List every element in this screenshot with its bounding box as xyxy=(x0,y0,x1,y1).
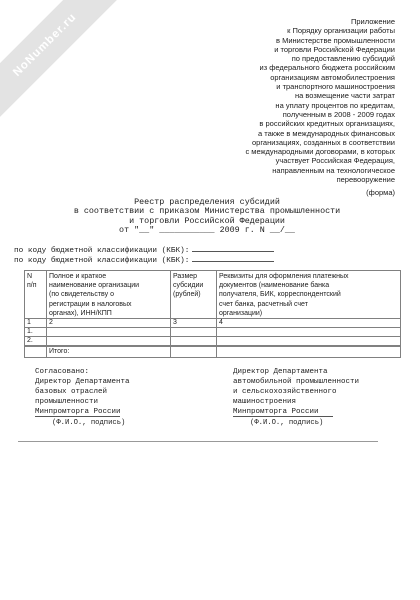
subsidy-size-cell xyxy=(171,337,217,346)
payment-details-cell xyxy=(217,328,401,337)
col-index-4: 4 xyxy=(217,319,401,328)
col-index-2: 2 xyxy=(47,319,171,328)
subsidy-size-cell xyxy=(171,328,217,337)
appendix-header-lines: Приложение к Порядку организации работы … xyxy=(245,17,395,184)
total-details-cell xyxy=(217,347,401,358)
kbk-line-2: по коду бюджетной классификации (КБК): xyxy=(14,254,274,264)
table-header-num: N п/п xyxy=(25,271,47,319)
watermark-text: NoNumber.ru xyxy=(11,11,79,79)
kbk-blank-line-2 xyxy=(192,254,274,262)
watermark-ribbon: NoNumber.ru xyxy=(0,0,117,117)
bottom-divider xyxy=(18,441,378,442)
table-header-subsidy-size: Размер субсидии (рублей) xyxy=(171,271,217,319)
table-row: 1. xyxy=(25,328,401,337)
table-header-row: N п/п Полное и краткое наименование орга… xyxy=(25,271,401,319)
payment-details-cell xyxy=(217,337,401,346)
document-title: Реестр распределения субсидий в соответс… xyxy=(0,198,414,236)
col-index-3: 3 xyxy=(171,319,217,328)
signature-line-right xyxy=(233,416,333,417)
table-row: 2. xyxy=(25,337,401,346)
signature-block-right: Директор Департамента автомобильной пром… xyxy=(233,367,359,417)
total-sum-cell xyxy=(171,347,217,358)
signature-line-left xyxy=(35,416,120,417)
table-header-org-name: Полное и краткое наименование организаци… xyxy=(47,271,171,319)
fio-caption-right: (Ф.И.О., подпись) xyxy=(250,419,323,427)
row-num-cell: 2. xyxy=(25,337,47,346)
total-empty-cell xyxy=(25,347,47,358)
fio-caption-left: (Ф.И.О., подпись) xyxy=(52,419,125,427)
total-label-cell: Итого: xyxy=(47,347,171,358)
appendix-header: Приложение к Порядку организации работы … xyxy=(245,17,395,198)
org-name-cell xyxy=(47,328,171,337)
table-column-numbering-row: 1 2 3 4 xyxy=(25,319,401,328)
signature-block-left: Согласовано: Директор Департамента базов… xyxy=(35,367,130,417)
org-name-cell xyxy=(47,337,171,346)
subsidy-table: N п/п Полное и краткое наименование орга… xyxy=(24,270,401,346)
kbk-blank-line-1 xyxy=(192,244,274,252)
col-index-1: 1 xyxy=(25,319,47,328)
total-row-table: Итого: xyxy=(24,346,401,358)
row-num-cell: 1. xyxy=(25,328,47,337)
table-header-payment-details: Реквизиты для оформления платежных докум… xyxy=(217,271,401,319)
kbk-block: по коду бюджетной классификации (КБК): п… xyxy=(14,244,274,264)
kbk-line-1: по коду бюджетной классификации (КБК): xyxy=(14,244,274,254)
total-row: Итого: xyxy=(25,347,401,358)
